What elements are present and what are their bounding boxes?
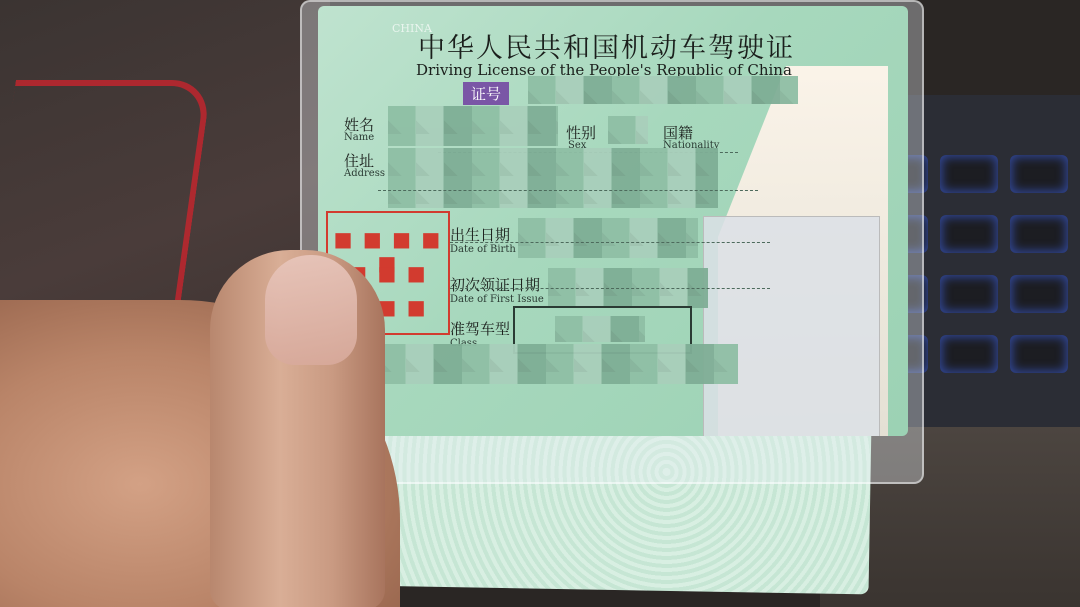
- sex-redacted: [608, 116, 648, 144]
- license-no-redacted: [528, 76, 798, 104]
- thumbnail: [265, 255, 357, 365]
- keyboard-key: [1010, 215, 1068, 253]
- keyboard-key: [1010, 335, 1068, 373]
- keyboard-key: [1010, 275, 1068, 313]
- keyboard-key: [940, 335, 998, 373]
- divider: [450, 242, 770, 243]
- card-title-cn: 中华人民共和国机动车驾驶证: [418, 26, 795, 65]
- divider: [378, 190, 758, 191]
- address-label-en: Address: [344, 168, 385, 179]
- keyboard-key: [1010, 155, 1068, 193]
- address-redacted: [388, 148, 718, 208]
- name-redacted: [388, 106, 558, 146]
- first-issue-label-en: Date of First Issue: [450, 294, 544, 305]
- keyboard-key: [940, 275, 998, 313]
- name-label-en: Name: [344, 132, 374, 143]
- photo-area-redacted: [703, 216, 880, 436]
- class-redacted: [555, 316, 645, 342]
- divider: [450, 288, 770, 289]
- keyboard-key: [940, 215, 998, 253]
- class-label-cn: 准驾车型: [450, 318, 510, 339]
- keyboard-key: [940, 155, 998, 193]
- validity-redacted: [378, 344, 738, 384]
- first-issue-label-cn: 初次领证日期: [450, 274, 540, 295]
- dob-label-en: Date of Birth: [450, 244, 516, 255]
- red-laptop-edge: [0, 80, 212, 306]
- license-no-label: 证号: [463, 82, 509, 105]
- license-card: CHINA 中华人民共和国机动车驾驶证 Driving License of t…: [318, 6, 908, 436]
- dob-redacted: [518, 218, 698, 258]
